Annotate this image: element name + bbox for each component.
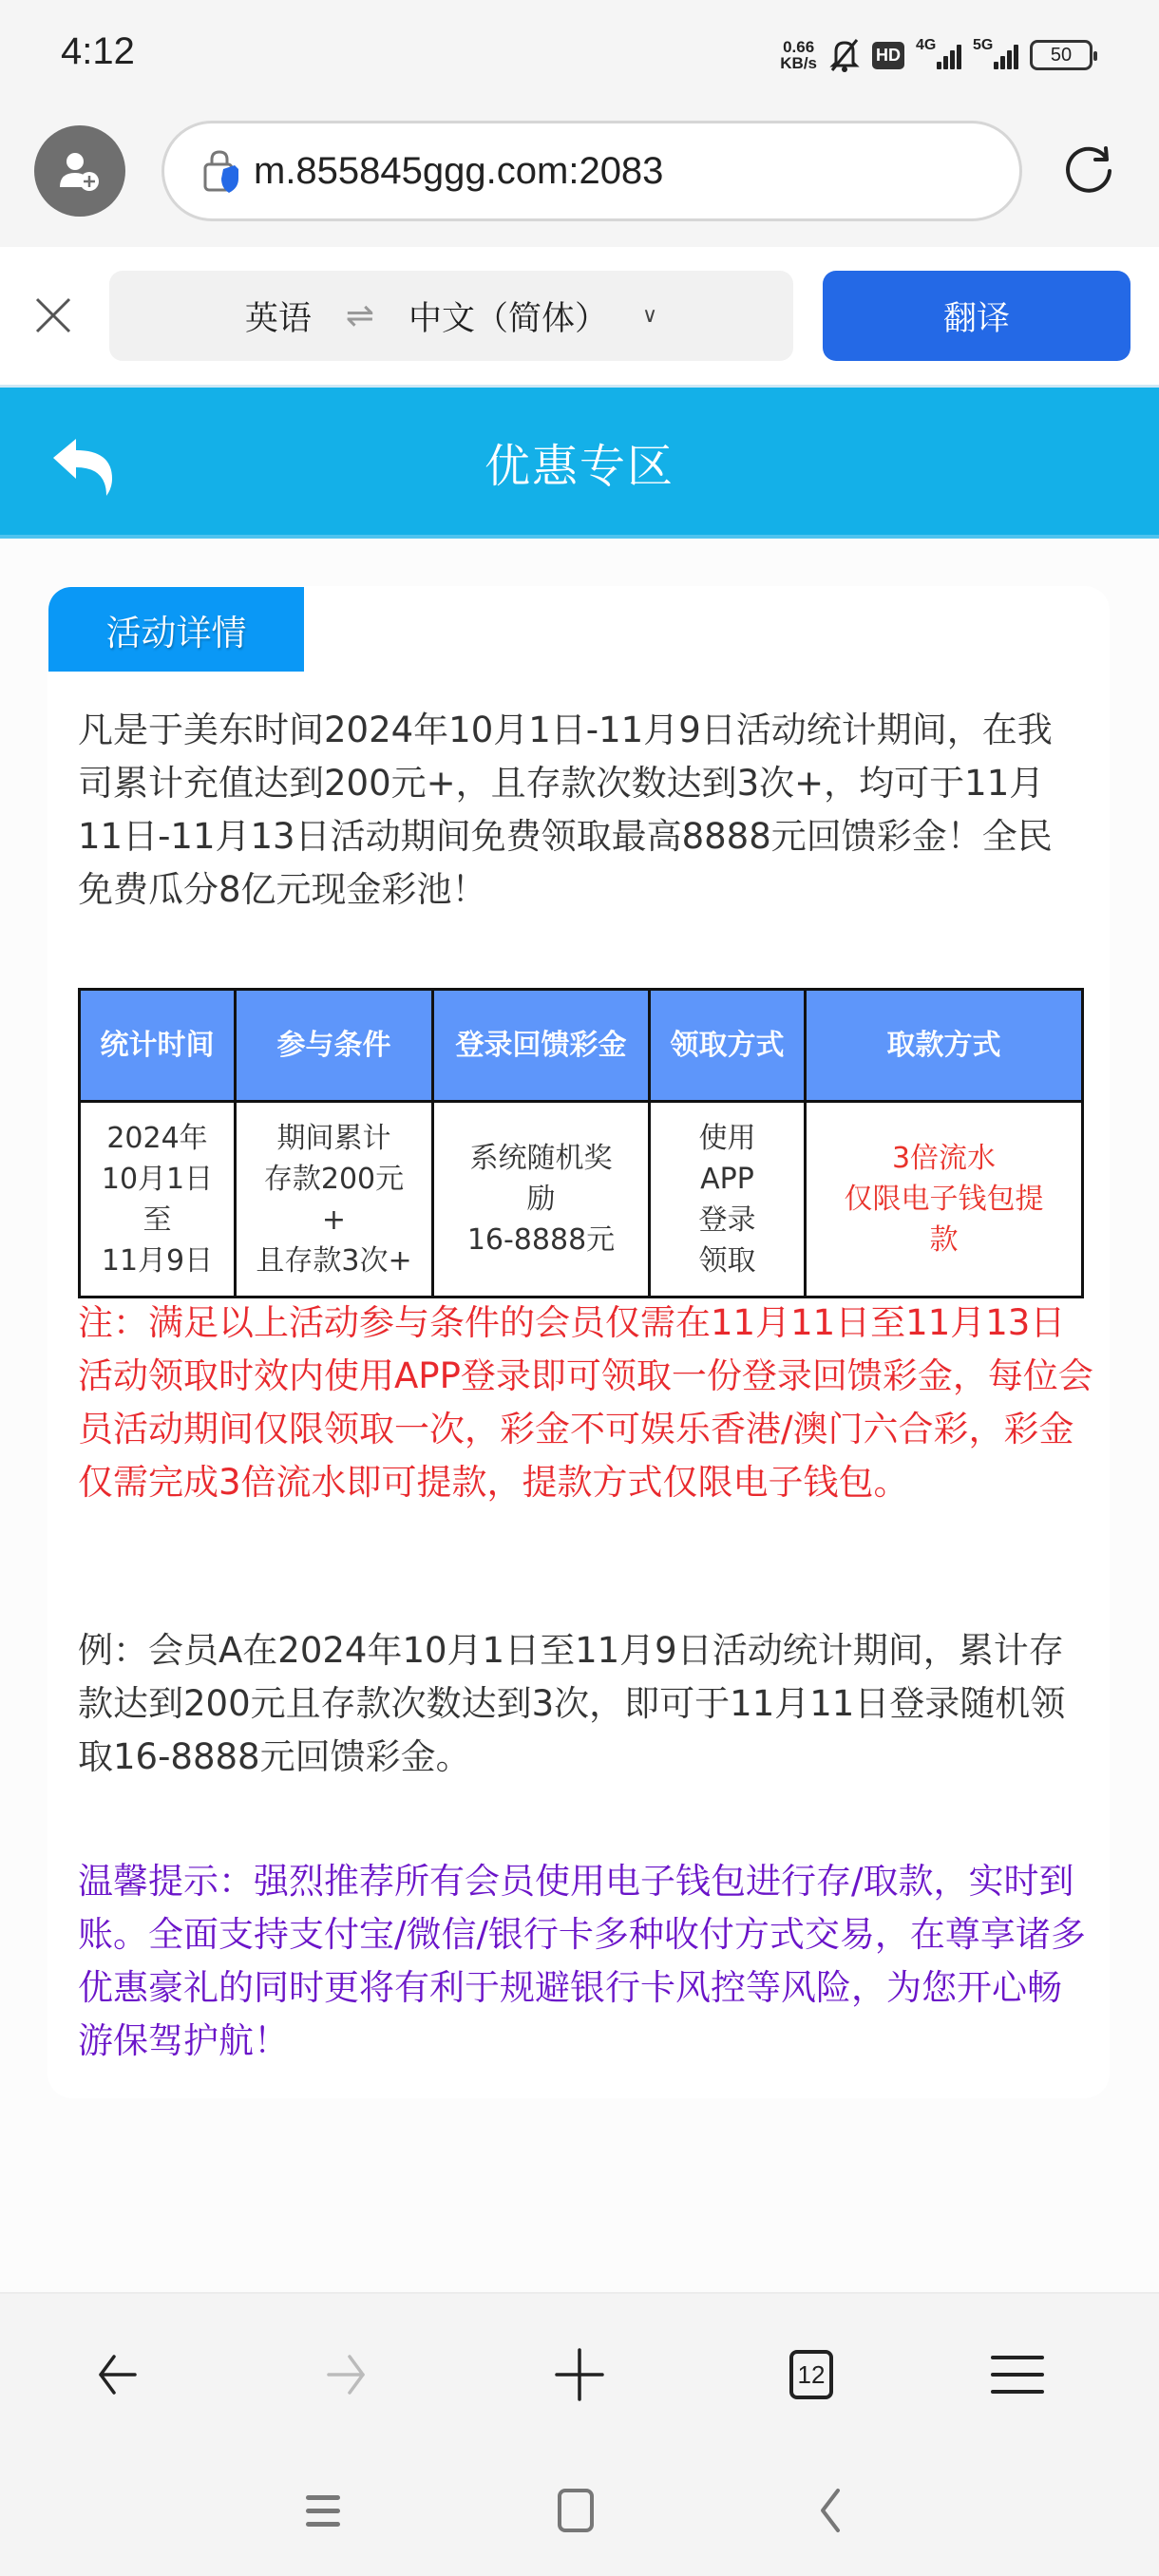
bell-muted-icon bbox=[828, 36, 861, 74]
signal-5g-icon: 5G bbox=[973, 41, 1018, 69]
plus-icon[interactable] bbox=[553, 2348, 606, 2401]
header-bonus: 登录回馈彩金 bbox=[433, 990, 650, 1102]
battery-icon: 50 bbox=[1030, 40, 1092, 70]
new-tab-button[interactable] bbox=[546, 2341, 613, 2408]
rules-table: 统计时间 参与条件 登录回馈彩金 领取方式 取款方式 2024年 10月1日 至… bbox=[78, 988, 1084, 1298]
header-withdraw: 取款方式 bbox=[806, 990, 1083, 1102]
header-period: 统计时间 bbox=[80, 990, 236, 1102]
url-text[interactable]: m.855845ggg.com:2083 bbox=[254, 150, 663, 193]
page-header: 优惠专区 bbox=[0, 385, 1159, 539]
language-selector[interactable]: 英语 ⇌ 中文（简体） ∨ bbox=[109, 271, 793, 361]
intro-text: 凡是于美东时间2024年10月1日-11月9日活动统计期间，在我司累计充值达到2… bbox=[78, 704, 1085, 917]
recent-apps-icon[interactable] bbox=[302, 2490, 344, 2531]
browser-toolbar: 12 bbox=[0, 2292, 1159, 2444]
recent-apps-button[interactable] bbox=[294, 2482, 351, 2539]
tab-count-icon[interactable]: 12 bbox=[789, 2350, 833, 2399]
swap-languages-icon[interactable]: ⇌ bbox=[346, 296, 374, 335]
arrow-left-icon[interactable] bbox=[93, 2351, 141, 2398]
network-speed: 0.66 KB/s bbox=[780, 39, 817, 71]
chevron-down-icon[interactable]: ∨ bbox=[642, 304, 657, 328]
cell-condition: 期间累计 存款200元 + 且存款3次+ bbox=[236, 1102, 433, 1297]
menu-button[interactable] bbox=[984, 2341, 1051, 2408]
page-title: 优惠专区 bbox=[0, 429, 1159, 495]
tabs-button[interactable]: 12 bbox=[778, 2341, 845, 2408]
table-header-row: 统计时间 参与条件 登录回馈彩金 领取方式 取款方式 bbox=[80, 990, 1083, 1102]
translate-button[interactable]: 翻译 bbox=[823, 271, 1130, 361]
close-icon[interactable] bbox=[34, 296, 72, 334]
activity-card: 活动详情 凡是于美东时间2024年10月1日-11月9日活动统计期间，在我司累计… bbox=[47, 586, 1110, 2098]
address-bar-row: m.855845ggg.com:2083 bbox=[0, 114, 1159, 247]
reload-icon[interactable] bbox=[1062, 142, 1119, 199]
nav-back-button[interactable] bbox=[84, 2341, 150, 2408]
lock-shield-icon[interactable] bbox=[202, 148, 240, 194]
cell-withdraw: 3倍流水 仅限电子钱包提 款 bbox=[806, 1102, 1083, 1297]
status-icons: 0.66 KB/s HD 4G 5G 50 bbox=[780, 34, 1092, 76]
cell-period: 2024年 10月1日 至 11月9日 bbox=[80, 1102, 236, 1297]
source-language[interactable]: 英语 bbox=[245, 293, 312, 340]
status-time: 4:12 bbox=[61, 30, 135, 73]
signal-4g-icon: 4G bbox=[916, 41, 961, 69]
hamburger-icon[interactable] bbox=[989, 2351, 1046, 2398]
arrow-right-icon[interactable] bbox=[323, 2351, 370, 2398]
translate-bar: 英语 ⇌ 中文（简体） ∨ 翻译 bbox=[0, 247, 1159, 385]
chevron-left-icon[interactable] bbox=[811, 2487, 849, 2534]
cell-claim: 使用 APP 登录 领取 bbox=[650, 1102, 806, 1297]
url-input[interactable]: m.855845ggg.com:2083 bbox=[161, 121, 1022, 221]
target-language[interactable]: 中文（简体） bbox=[408, 293, 608, 340]
status-bar: 4:12 0.66 KB/s HD 4G 5G 50 bbox=[0, 0, 1159, 114]
home-icon[interactable] bbox=[555, 2487, 597, 2534]
section-badge: 活动详情 bbox=[48, 587, 304, 672]
example-text: 例：会员A在2024年10月1日至11月9日活动统计期间，累计存款达到200元且… bbox=[78, 1624, 1094, 1784]
user-add-icon[interactable] bbox=[34, 125, 125, 217]
cell-bonus: 系统随机奖 励 16-8888元 bbox=[433, 1102, 650, 1297]
note-text: 注：满足以上活动参与条件的会员仅需在11月11日至11月13日活动领取时效内使用… bbox=[78, 1297, 1094, 1509]
header-condition: 参与条件 bbox=[236, 990, 433, 1102]
hd-voice-icon: HD bbox=[872, 42, 904, 69]
home-button[interactable] bbox=[547, 2482, 604, 2539]
system-back-button[interactable] bbox=[802, 2482, 859, 2539]
nav-forward-button[interactable] bbox=[313, 2341, 380, 2408]
tips-text: 温馨提示：强烈推荐所有会员使用电子钱包进行存/取款，实时到账。全面支持支付宝/微… bbox=[78, 1855, 1094, 2068]
table-row: 2024年 10月1日 至 11月9日 期间累计 存款200元 + 且存款3次+… bbox=[80, 1102, 1083, 1297]
system-navigation-bar bbox=[0, 2444, 1159, 2576]
header-claim: 领取方式 bbox=[650, 990, 806, 1102]
